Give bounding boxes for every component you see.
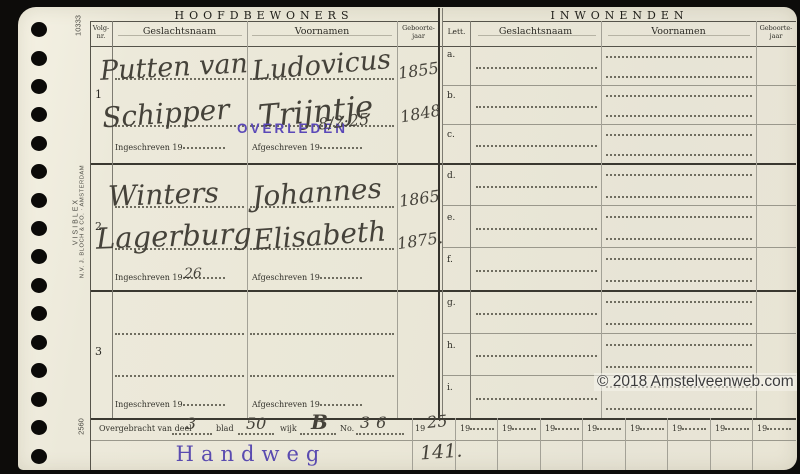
- column-header-geboortejaar: Geboorte- jaar: [397, 24, 440, 40]
- year-cell: 19: [460, 424, 494, 433]
- rule: [397, 21, 398, 418]
- punch-hole: [31, 449, 47, 464]
- dotted-line: [606, 366, 752, 368]
- year-value: 25: [426, 411, 448, 432]
- year-cell: 19: [587, 424, 621, 433]
- dotted-line: [356, 433, 404, 435]
- dotted-line: [250, 375, 394, 377]
- dotted-line: [555, 428, 579, 430]
- printer-name: N.V. J. BLOCH & CO. · AMSTERDAM: [80, 147, 86, 297]
- volgnr-1: 1: [95, 88, 102, 101]
- rule: [90, 46, 796, 47]
- rule: [443, 247, 796, 248]
- wijk-value: B: [311, 410, 328, 434]
- lett-label: a.: [447, 50, 455, 60]
- dotted-line: [476, 145, 597, 147]
- lett-label: h.: [447, 341, 456, 351]
- lett-label: i.: [447, 383, 453, 393]
- center-divider: [442, 8, 443, 418]
- punch-hole: [31, 420, 47, 435]
- rule: [443, 124, 796, 125]
- scanned-register-card: 10333 VISIBLEX N.V. J. BLOCH & CO. · AMS…: [0, 0, 800, 474]
- dotted-line: [606, 196, 752, 198]
- dotted-line: [183, 147, 225, 149]
- dotted-line: [172, 433, 212, 435]
- dotted-line: [476, 67, 597, 69]
- punch-hole: [31, 278, 47, 293]
- surname-entry: Lagerburg: [95, 216, 252, 255]
- dotted-line: [606, 280, 752, 282]
- dotted-line: [606, 344, 752, 346]
- rule: [90, 21, 438, 22]
- dotted-line: [606, 238, 752, 240]
- year-cell: 19: [672, 424, 706, 433]
- rule: [443, 21, 796, 22]
- year-prefix: 19: [415, 424, 425, 433]
- punch-hole: [31, 79, 47, 94]
- rule: [478, 35, 596, 36]
- dotted-line: [476, 270, 597, 272]
- afgeschreven-label: Afgeschreven 19: [252, 143, 362, 152]
- rule: [540, 418, 541, 470]
- punch-hole: [31, 221, 47, 236]
- rule: [412, 418, 413, 470]
- ingeschreven-label: Ingeschreven 19: [115, 273, 225, 282]
- transfer-label-no: No.: [340, 424, 354, 433]
- punch-hole: [31, 51, 47, 66]
- punch-hole: [31, 392, 47, 407]
- dotted-line: [767, 428, 791, 430]
- serial-number-bottom: 2560: [77, 409, 86, 445]
- punch-hole: [31, 164, 47, 179]
- year-cell: 19: [715, 424, 749, 433]
- dotted-line: [320, 147, 362, 149]
- lett-label: d.: [447, 171, 456, 181]
- rule: [601, 21, 602, 418]
- year-cell: 19: [502, 424, 536, 433]
- dotted-line: [183, 404, 225, 406]
- dotted-line: [606, 95, 752, 97]
- ingeschreven-year: 26: [184, 266, 202, 282]
- punch-hole: [31, 107, 47, 122]
- rule: [756, 21, 757, 418]
- punch-hole: [31, 249, 47, 264]
- dotted-line: [476, 398, 597, 400]
- dotted-line: [115, 375, 244, 377]
- dotted-line: [606, 56, 752, 58]
- house-number: 141.: [419, 440, 463, 465]
- rule: [90, 163, 796, 165]
- street-name: Handweg: [90, 442, 412, 466]
- volgnr-3: 3: [95, 345, 102, 358]
- surname-entry: Winters: [107, 176, 219, 213]
- serial-number-top: 10333: [74, 6, 83, 46]
- punch-hole: [31, 335, 47, 350]
- punch-hole: [31, 306, 47, 321]
- dotted-line: [606, 154, 752, 156]
- dotted-line: [470, 428, 494, 430]
- dotted-line: [476, 355, 597, 357]
- lett-label: b.: [447, 91, 456, 101]
- lett-label: f.: [447, 255, 453, 265]
- punch-hole: [31, 363, 47, 378]
- rule: [443, 333, 796, 334]
- rule: [252, 35, 392, 36]
- rule: [90, 21, 91, 470]
- deel-value: 3: [186, 414, 196, 433]
- rule: [497, 418, 498, 470]
- no-value: 36: [360, 413, 392, 432]
- dotted-line: [476, 313, 597, 315]
- blad-value: 50: [246, 414, 266, 433]
- rule: [118, 35, 242, 36]
- transfer-label-deel: Overgebracht van deel: [99, 424, 192, 433]
- dotted-line: [606, 76, 752, 78]
- dotted-line: [606, 323, 752, 325]
- rule: [667, 418, 668, 470]
- transfer-label-wijk: wijk: [280, 424, 297, 433]
- lett-label: g.: [447, 298, 456, 308]
- rule: [752, 418, 753, 470]
- dotted-line: [597, 428, 621, 430]
- rule: [90, 290, 796, 292]
- rule: [443, 85, 796, 86]
- lett-label: e.: [447, 213, 455, 223]
- ingeschreven-label: Ingeschreven 19: [115, 400, 225, 409]
- dotted-line: [606, 258, 752, 260]
- dotted-line: [606, 134, 752, 136]
- afgeschreven-label: Afgeschreven 19: [252, 273, 362, 282]
- printer-imprint: VISIBLEX N.V. J. BLOCH & CO. · AMSTERDAM: [73, 147, 86, 297]
- dotted-line: [512, 428, 536, 430]
- column-header-geboortejaar-r: Geboorte- jaar: [756, 24, 796, 40]
- dotted-line: [476, 186, 597, 188]
- punch-hole: [31, 136, 47, 151]
- rule: [582, 418, 583, 470]
- dotted-line: [606, 301, 752, 303]
- year-cell: 19: [630, 424, 664, 433]
- rule: [625, 418, 626, 470]
- copyright-watermark: © 2018 Amstelveenweb.com: [594, 373, 797, 391]
- dotted-line: [606, 115, 752, 117]
- dotted-line: [606, 174, 752, 176]
- dotted-line: [606, 408, 752, 410]
- punch-hole: [31, 22, 47, 37]
- afgeschreven-label: Afgeschreven 19: [252, 400, 362, 409]
- column-header-lett: Lett.: [443, 27, 470, 36]
- dotted-line: [320, 404, 362, 406]
- rule: [608, 35, 750, 36]
- dotted-line: [238, 433, 274, 435]
- dotted-line: [115, 333, 244, 335]
- rule: [710, 418, 711, 470]
- dotted-line: [250, 333, 394, 335]
- dotted-line: [725, 428, 749, 430]
- rule: [470, 21, 471, 418]
- column-header-volgnr: Volg- nr.: [90, 24, 112, 40]
- year-cell: 19: [545, 424, 579, 433]
- dotted-line: [606, 216, 752, 218]
- year-cell: 19: [757, 424, 791, 433]
- printer-brand: VISIBLEX: [73, 147, 80, 297]
- lett-label: c.: [447, 130, 455, 140]
- dotted-line: [320, 277, 362, 279]
- rule: [443, 205, 796, 206]
- transfer-label-blad: blad: [216, 424, 234, 433]
- dotted-line: [476, 106, 597, 108]
- dotted-line: [640, 428, 664, 430]
- punch-hole: [31, 193, 47, 208]
- dotted-line: [682, 428, 706, 430]
- ingeschreven-label: Ingeschreven 19: [115, 143, 225, 152]
- dotted-line: [476, 228, 597, 230]
